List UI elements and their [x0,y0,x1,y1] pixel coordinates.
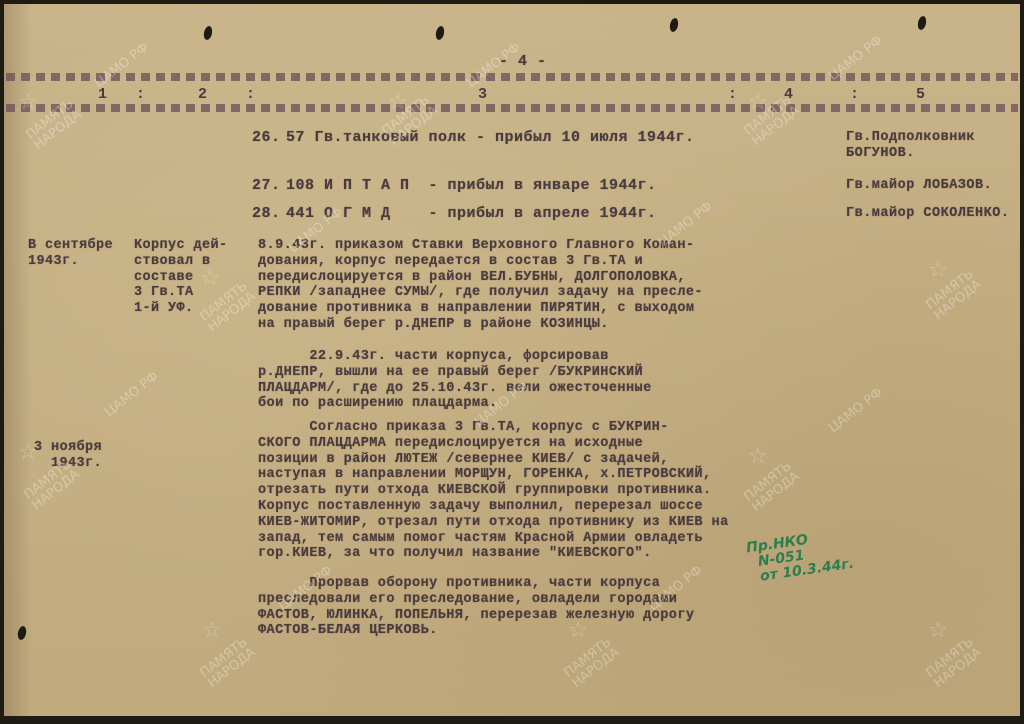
watermark-star-icon: ☆ [200,266,220,291]
watermark-star-icon: ☆ [18,90,38,115]
entry-text: Согласно приказа 3 Гв.ТА, корпус с БУКРИ… [258,420,729,562]
watermark-star-icon: ☆ [928,618,948,643]
column-separator: : [728,86,737,103]
entry-date: В сентябре 1943г. [28,238,113,270]
column-separator: : [136,86,145,103]
watermark-star-icon: ☆ [568,618,588,643]
watermark-project: ПАМЯТЬ НАРОДА [198,636,258,691]
watermark-archive: ЦАМО РФ [827,386,885,435]
watermark-archive: ЦАМО РФ [93,41,151,90]
watermark-star-icon: ☆ [748,444,768,469]
unit-commander: Гв.майор СОКОЛЕНКО. [846,206,1009,222]
unit-row-number: 26. [252,130,281,146]
watermark-star-icon: ☆ [928,258,948,283]
column-header-3: 3 [478,86,487,103]
column-separator: : [246,86,255,103]
punch-hole [17,625,28,640]
punch-hole [203,25,214,40]
watermark-star-icon: ☆ [18,440,38,465]
header-divider-top [6,73,1018,81]
entry-text: 22.9.43г. части корпуса, форсировав р.ДН… [258,349,652,412]
unit-commander: Гв.Подполковник БОГУНОВ. [846,130,975,162]
watermark-project: ПАМЯТЬ НАРОДА [22,458,82,513]
watermark-project: ПАМЯТЬ НАРОДА [924,636,984,691]
header-divider-bottom [6,104,1018,112]
column-header-2: 2 [198,86,207,103]
unit-commander: Гв.майор ЛОБАЗОВ. [846,178,992,194]
watermark-project: ПАМЯТЬ НАРОДА [562,636,622,691]
unit-row-text: 108 И П Т А П - прибыл в январе 1944г. [286,178,657,194]
unit-row-number: 27. [252,178,281,194]
entry-text: Прорвав оборону противника, части корпус… [258,576,694,639]
column-header-5: 5 [916,86,925,103]
unit-row-number: 28. [252,206,281,222]
punch-hole [669,17,680,32]
archival-document-page: - 4 - 1 : 2 : 3 : 4 : 5 26. 57 Гв.танков… [4,4,1020,716]
column-separator: : [850,86,859,103]
watermark-star-icon: ☆ [202,618,222,643]
punch-hole [917,15,928,30]
handwritten-annotation: Пр.НКО N-051 от 10.3.44г. [745,527,855,586]
punch-hole [435,25,446,40]
entry-text: 8.9.43г. приказом Ставки Верховного Глав… [258,238,703,333]
watermark-archive: ЦАМО РФ [103,370,161,419]
unit-row-text: 57 Гв.танковый полк - прибыл 10 июля 194… [286,130,695,146]
